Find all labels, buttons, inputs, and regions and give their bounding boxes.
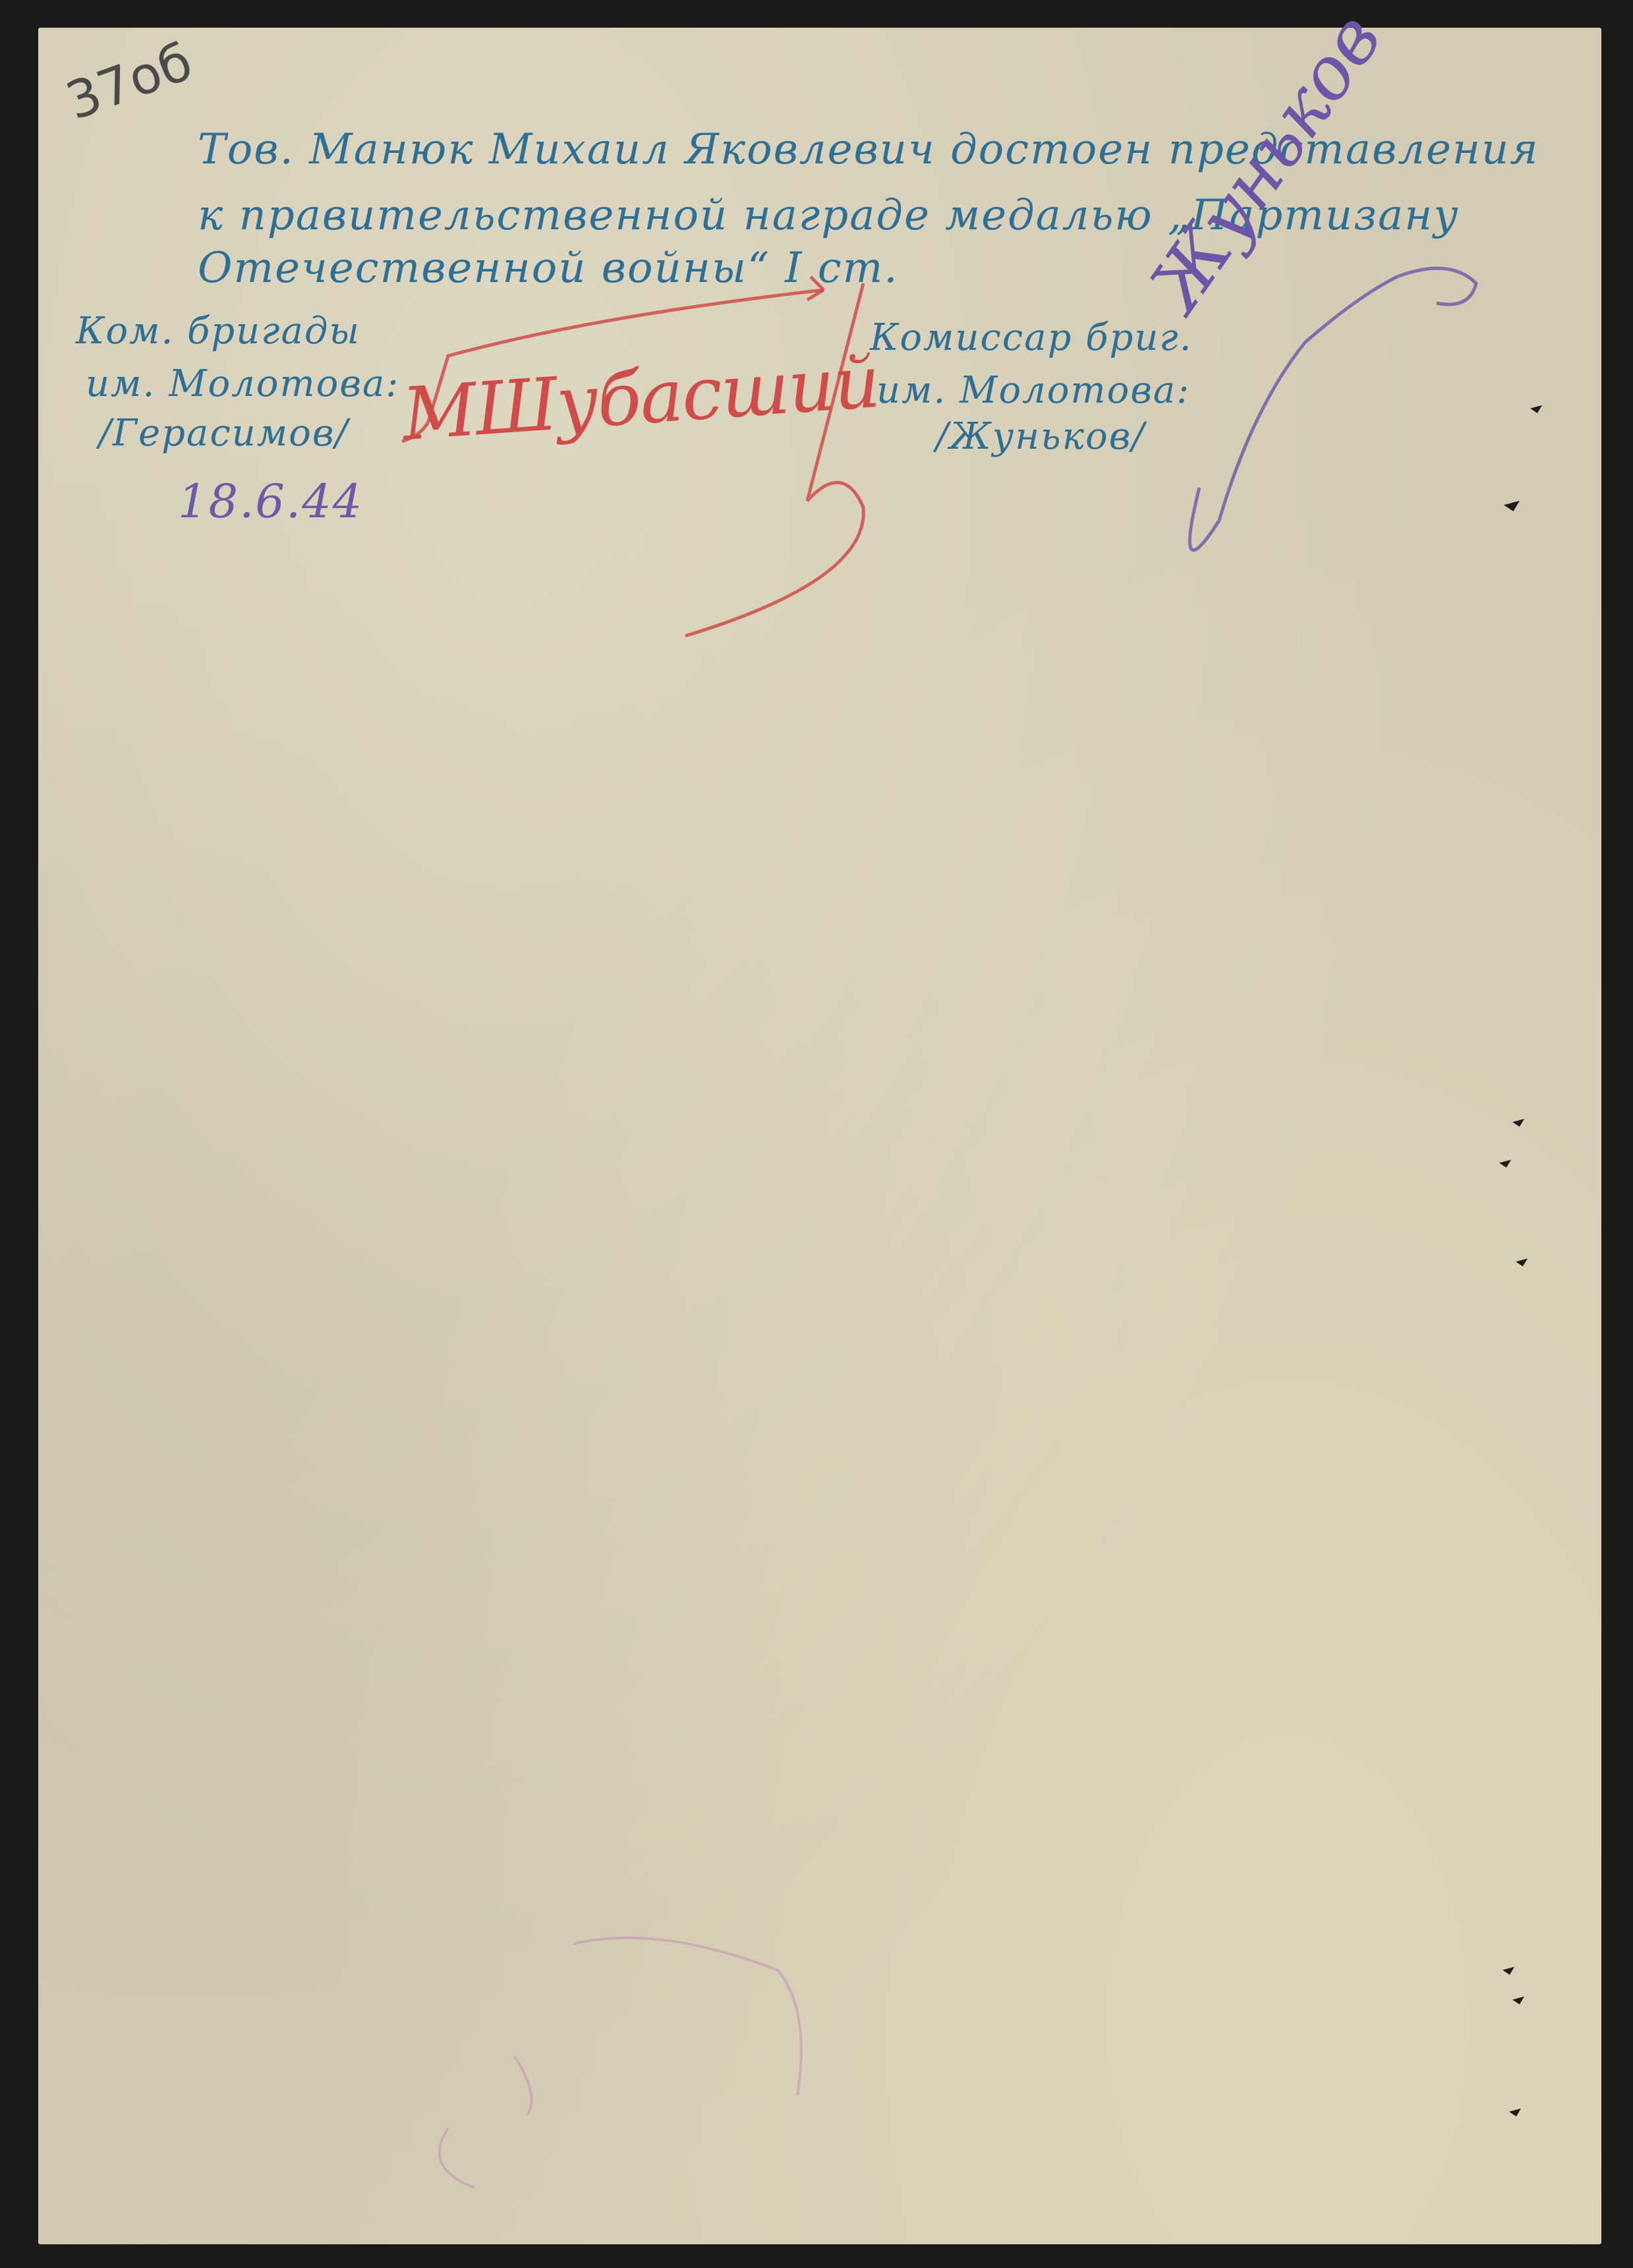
pencil-marks: [0, 0, 1633, 2268]
